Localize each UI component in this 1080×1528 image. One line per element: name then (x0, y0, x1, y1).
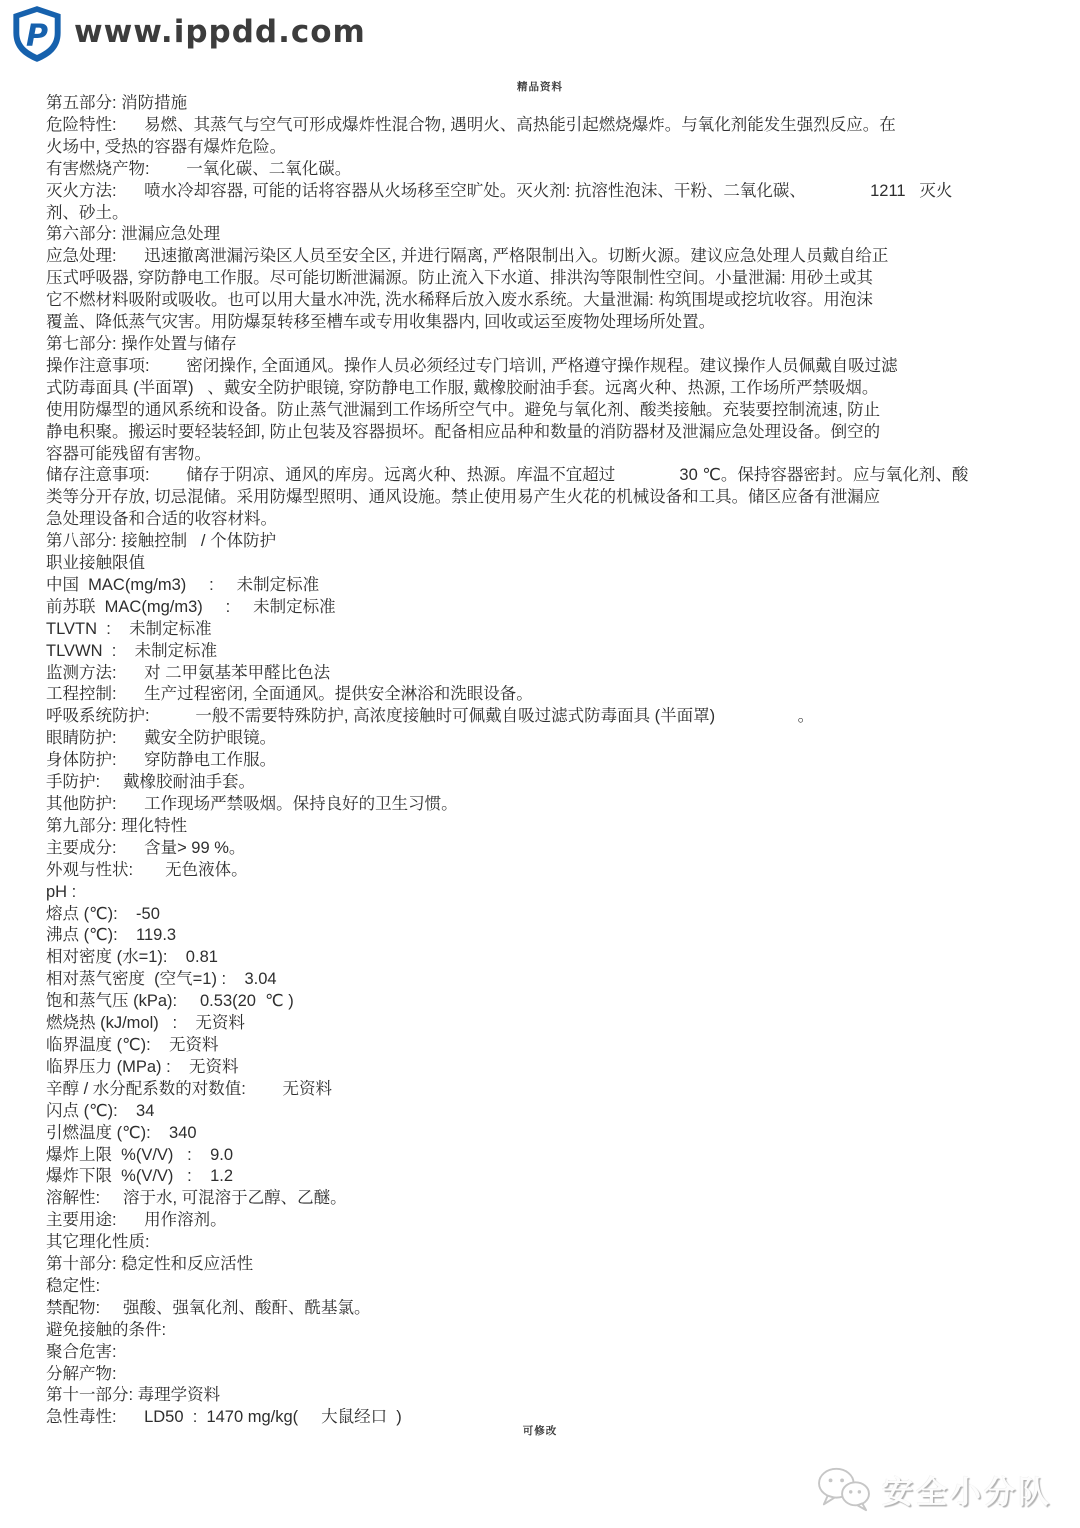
document-line: 引燃温度 (℃): 340 (46, 1123, 1056, 1145)
document-line: 禁配物: 强酸、强氧化剂、酸酐、酰基氯。 (46, 1298, 1056, 1320)
document-line: 第七部分: 操作处置与储存 (46, 334, 1056, 356)
document-line: 第六部分: 泄漏应急处理 (46, 224, 1056, 246)
document-line: 稳定性: (46, 1276, 1056, 1298)
document-line: 手防护: 戴橡胶耐油手套。 (46, 772, 1056, 794)
document-line: 避免接触的条件: (46, 1320, 1056, 1342)
document-line: 聚合危害: (46, 1342, 1056, 1364)
document-line: 火场中, 受热的容器有爆炸危险。 (46, 137, 1056, 159)
document-line: 工程控制: 生产过程密闭, 全面通风。提供安全淋浴和洗眼设备。 (46, 684, 1056, 706)
document-line: 溶解性: 溶于水, 可混溶于乙醇、乙醚。 (46, 1188, 1056, 1210)
document-line: 爆炸下限 %(V/V) : 1.2 (46, 1166, 1056, 1188)
document-line: 中国 MAC(mg/m3) : 未制定标准 (46, 575, 1056, 597)
document-line: 式防毒面具 (半面罩) 、戴安全防护眼镜, 穿防静电工作服, 戴橡胶耐油手套。远… (46, 378, 1056, 400)
document-line: 其他防护: 工作现场严禁吸烟。保持良好的卫生习惯。 (46, 794, 1056, 816)
document-line: 主要成分: 含量> 99 %。 (46, 838, 1056, 860)
document-line: 第八部分: 接触控制 / 个体防护 (46, 531, 1056, 553)
document-line: 第五部分: 消防措施 (46, 93, 1056, 115)
document-line: 操作注意事项: 密闭操作, 全面通风。操作人员必须经过专门培训, 严格遵守操作规… (46, 356, 1056, 378)
document-line: 有害燃烧产物: 一氧化碳、二氧化碳。 (46, 159, 1056, 181)
document-line: 覆盖、降低蒸气灾害。用防爆泵转移至槽车或专用收集器内, 回收或运至废物处理场所处… (46, 312, 1056, 334)
document-line: 相对蒸气密度 (空气=1) : 3.04 (46, 969, 1056, 991)
document-line: 危险特性: 易燃、其蒸气与空气可形成爆炸性混合物, 遇明火、高热能引起燃烧爆炸。… (46, 115, 1056, 137)
document-line: 主要用途: 用作溶剂。 (46, 1210, 1056, 1232)
document-line: 类等分开存放, 切忌混储。采用防爆型照明、通风设施。禁止使用易产生火花的机械设备… (46, 487, 1056, 509)
document-line: 容器可能残留有害物。 (46, 444, 1056, 466)
site-url-text: www.ippdd.com (74, 14, 366, 50)
document-line: 应急处理: 迅速撤离泄漏污染区人员至安全区, 并进行隔离, 严格限制出入。切断火… (46, 246, 1056, 268)
document-line: 第十一部分: 毒理学资料 (46, 1385, 1056, 1407)
document-line: 熔点 (℃): -50 (46, 904, 1056, 926)
document-line: 呼吸系统防护: 一般不需要特殊防护, 高浓度接触时可佩戴自吸过滤式防毒面具 (半… (46, 706, 1056, 728)
ippdd-logo-shield-icon: P (10, 5, 64, 63)
document-line: 压式呼吸器, 穿防静电工作服。尽可能切断泄漏源。防止流入下水道、排洪沟等限制性空… (46, 268, 1056, 290)
document-line: 分解产物: (46, 1364, 1056, 1386)
document-line: 眼睛防护: 戴安全防护眼镜。 (46, 728, 1056, 750)
document-line: 燃烧热 (kJ/mol) : 无资料 (46, 1013, 1056, 1035)
document-line: 职业接触限值 (46, 553, 1056, 575)
document-line: 剂、砂土。 (46, 203, 1056, 225)
document-text-block: 第五部分: 消防措施危险特性: 易燃、其蒸气与空气可形成爆炸性混合物, 遇明火、… (46, 93, 1056, 1429)
document-line: 其它理化性质: (46, 1232, 1056, 1254)
document-line: 第九部分: 理化特性 (46, 816, 1056, 838)
document-line: 外观与性状: 无色液体。 (46, 860, 1056, 882)
document-line: 储存注意事项: 储存于阴凉、通风的库房。远离火种、热源。库温不宜超过 30 ℃。… (46, 465, 1056, 487)
document-line: 前苏联 MAC(mg/m3) : 未制定标准 (46, 597, 1056, 619)
document-line: 灭火方法: 喷水冷却容器, 可能的话将容器从火场移至空旷处。灭火剂: 抗溶性泡沫… (46, 181, 1056, 203)
document-line: 辛醇 / 水分配系数的对数值: 无资料 (46, 1079, 1056, 1101)
wechat-icon (816, 1465, 872, 1513)
document-line: pH : (46, 882, 1056, 904)
document-line: TLVTN : 未制定标准 (46, 619, 1056, 641)
document-line: 闪点 (℃): 34 (46, 1101, 1056, 1123)
document-line: 相对密度 (水=1): 0.81 (46, 947, 1056, 969)
document-line: 爆炸上限 %(V/V) : 9.0 (46, 1145, 1056, 1167)
document-line: 急处理设备和合适的收容材料。 (46, 509, 1056, 531)
document-line: TLVWN : 未制定标准 (46, 641, 1056, 663)
bottom-watermark-label: 可修改 (0, 1423, 1080, 1438)
document-line: 身体防护: 穿防静电工作服。 (46, 750, 1056, 772)
document-line: 沸点 (℃): 119.3 (46, 925, 1056, 947)
document-page: P www.ippdd.com 精品资料 第五部分: 消防措施危险特性: 易燃、… (0, 0, 1080, 1528)
top-watermark-label: 精品资料 (0, 79, 1080, 94)
document-line: 饱和蒸气压 (kPa): 0.53(20 ℃ ) (46, 991, 1056, 1013)
document-line: 临界温度 (℃): 无资料 (46, 1035, 1056, 1057)
document-line: 使用防爆型的通风系统和设备。防止蒸气泄漏到工作场所空气中。避免与氧化剂、酸类接触… (46, 400, 1056, 422)
site-header: P www.ippdd.com (0, 0, 1080, 70)
document-line: 它不燃材料吸附或吸收。也可以用大量水冲洗, 洗水稀释后放入废水系统。大量泄漏: … (46, 290, 1056, 312)
brand-watermark: 安全小分队 (816, 1462, 1052, 1516)
logo-letter: P (26, 18, 48, 53)
document-line: 第十部分: 稳定性和反应活性 (46, 1254, 1056, 1276)
document-line: 监测方法: 对 二甲氨基苯甲醛比色法 (46, 663, 1056, 685)
document-line: 静电积聚。搬运时要轻装轻卸, 防止包装及容器损坏。配备相应品种和数量的消防器材及… (46, 422, 1056, 444)
document-line: 临界压力 (MPa) : 无资料 (46, 1057, 1056, 1079)
brand-name-text: 安全小分队 (882, 1467, 1052, 1512)
